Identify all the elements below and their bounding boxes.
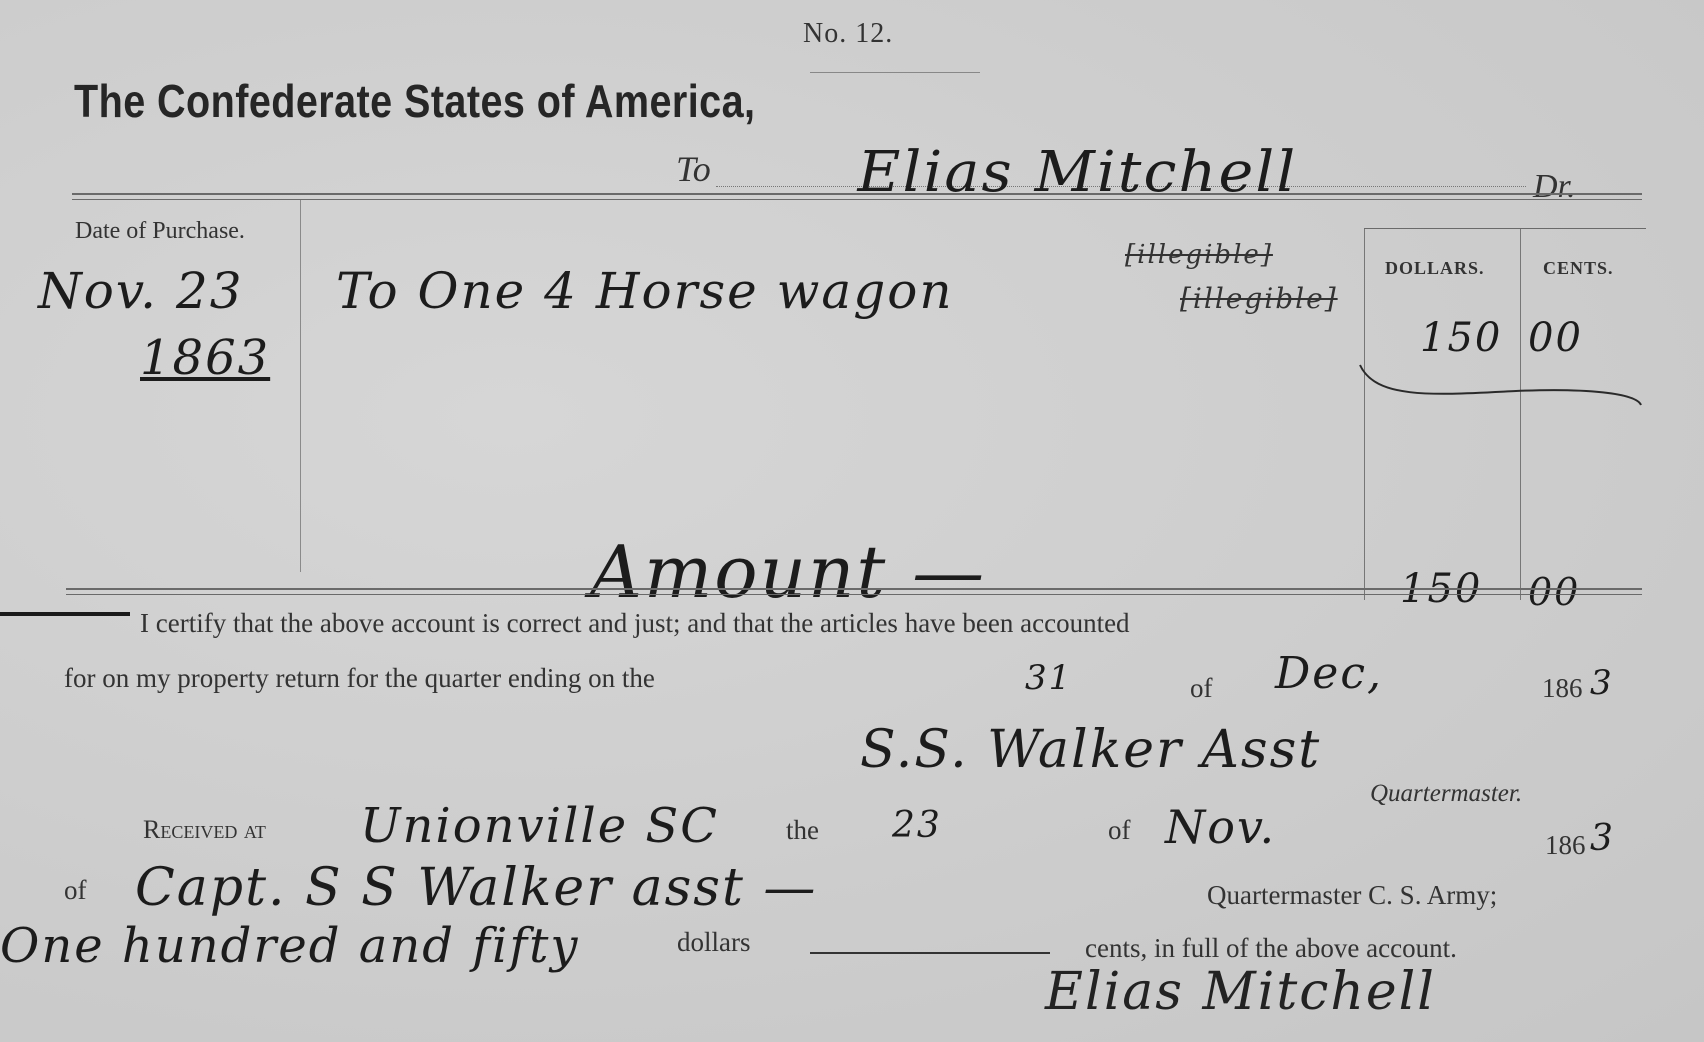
received-at-label: Received at <box>143 815 266 845</box>
payer-name: Capt. S S Walker asst — <box>135 858 817 918</box>
document-title: The Confederate States of America, <box>74 74 755 128</box>
cents-full-account-text: cents, in full of the above account. <box>1085 933 1457 964</box>
table-top-rule-2 <box>72 199 1642 200</box>
table-top-rule <box>72 193 1642 195</box>
quarter-end-month: Dec, <box>1275 648 1383 699</box>
quarter-year-prefix: 186 <box>1542 673 1583 704</box>
receipt-signature: Elias Mitchell <box>1045 962 1436 1022</box>
date-column-divider <box>300 200 301 572</box>
certification-line-2: for on my property return for the quarte… <box>64 663 655 694</box>
amount-total-cents: 00 <box>1528 570 1580 614</box>
quarter-end-day: 31 <box>1025 658 1072 698</box>
received-year-suffix: 3 <box>1590 818 1615 859</box>
table-bottom-rule <box>66 588 1642 590</box>
received-of-label: of <box>1108 815 1131 846</box>
form-number-underline <box>810 72 980 73</box>
amount-flourish <box>1356 355 1646 415</box>
column-header-date: Date of Purchase. <box>75 218 245 245</box>
amount-label: Amount — <box>590 530 986 614</box>
purchase-date: Nov. 23 <box>38 262 244 320</box>
amount-header-rule <box>1364 228 1646 229</box>
payee-name: Elias Mitchell <box>858 140 1298 205</box>
received-month: Nov. <box>1165 800 1276 854</box>
payer-title: Quartermaster C. S. Army; <box>1207 880 1497 911</box>
quartermaster-title: Quartermaster. <box>1370 780 1522 808</box>
received-the-label: the <box>786 815 819 846</box>
quarter-year-suffix: 3 <box>1590 663 1614 703</box>
amount-in-words: One hundred and fifty <box>0 918 580 974</box>
received-year-prefix: 186 <box>1545 830 1586 861</box>
voucher-document: No. 12. The Confederate States of Americ… <box>0 0 1704 1042</box>
struck-out-text-above: [illegible] <box>1125 240 1273 270</box>
column-header-cents: CENTS. <box>1543 258 1614 279</box>
margin-ink-stroke <box>0 612 130 616</box>
received-day: 23 <box>892 805 942 846</box>
purchase-year: 1863 <box>140 330 270 386</box>
to-label: To <box>676 148 711 190</box>
dollars-dash <box>810 952 1050 954</box>
debtor-label: Dr. <box>1533 168 1576 206</box>
certification-line-1: I certify that the above account is corr… <box>140 608 1130 639</box>
dollars-label: dollars <box>677 927 751 958</box>
table-bottom-rule-2 <box>66 594 1642 595</box>
struck-out-text-after: [illegible] <box>1180 282 1338 315</box>
payer-of-label: of <box>64 875 87 906</box>
received-place: Unionville SC <box>360 798 719 854</box>
quartermaster-signature: S.S. Walker Asst <box>860 720 1321 780</box>
form-number: No. 12. <box>803 18 893 50</box>
quarter-of-label: of <box>1190 673 1213 704</box>
column-header-dollars: DOLLARS. <box>1385 258 1485 279</box>
item-description: To One 4 Horse wagon <box>336 262 954 320</box>
